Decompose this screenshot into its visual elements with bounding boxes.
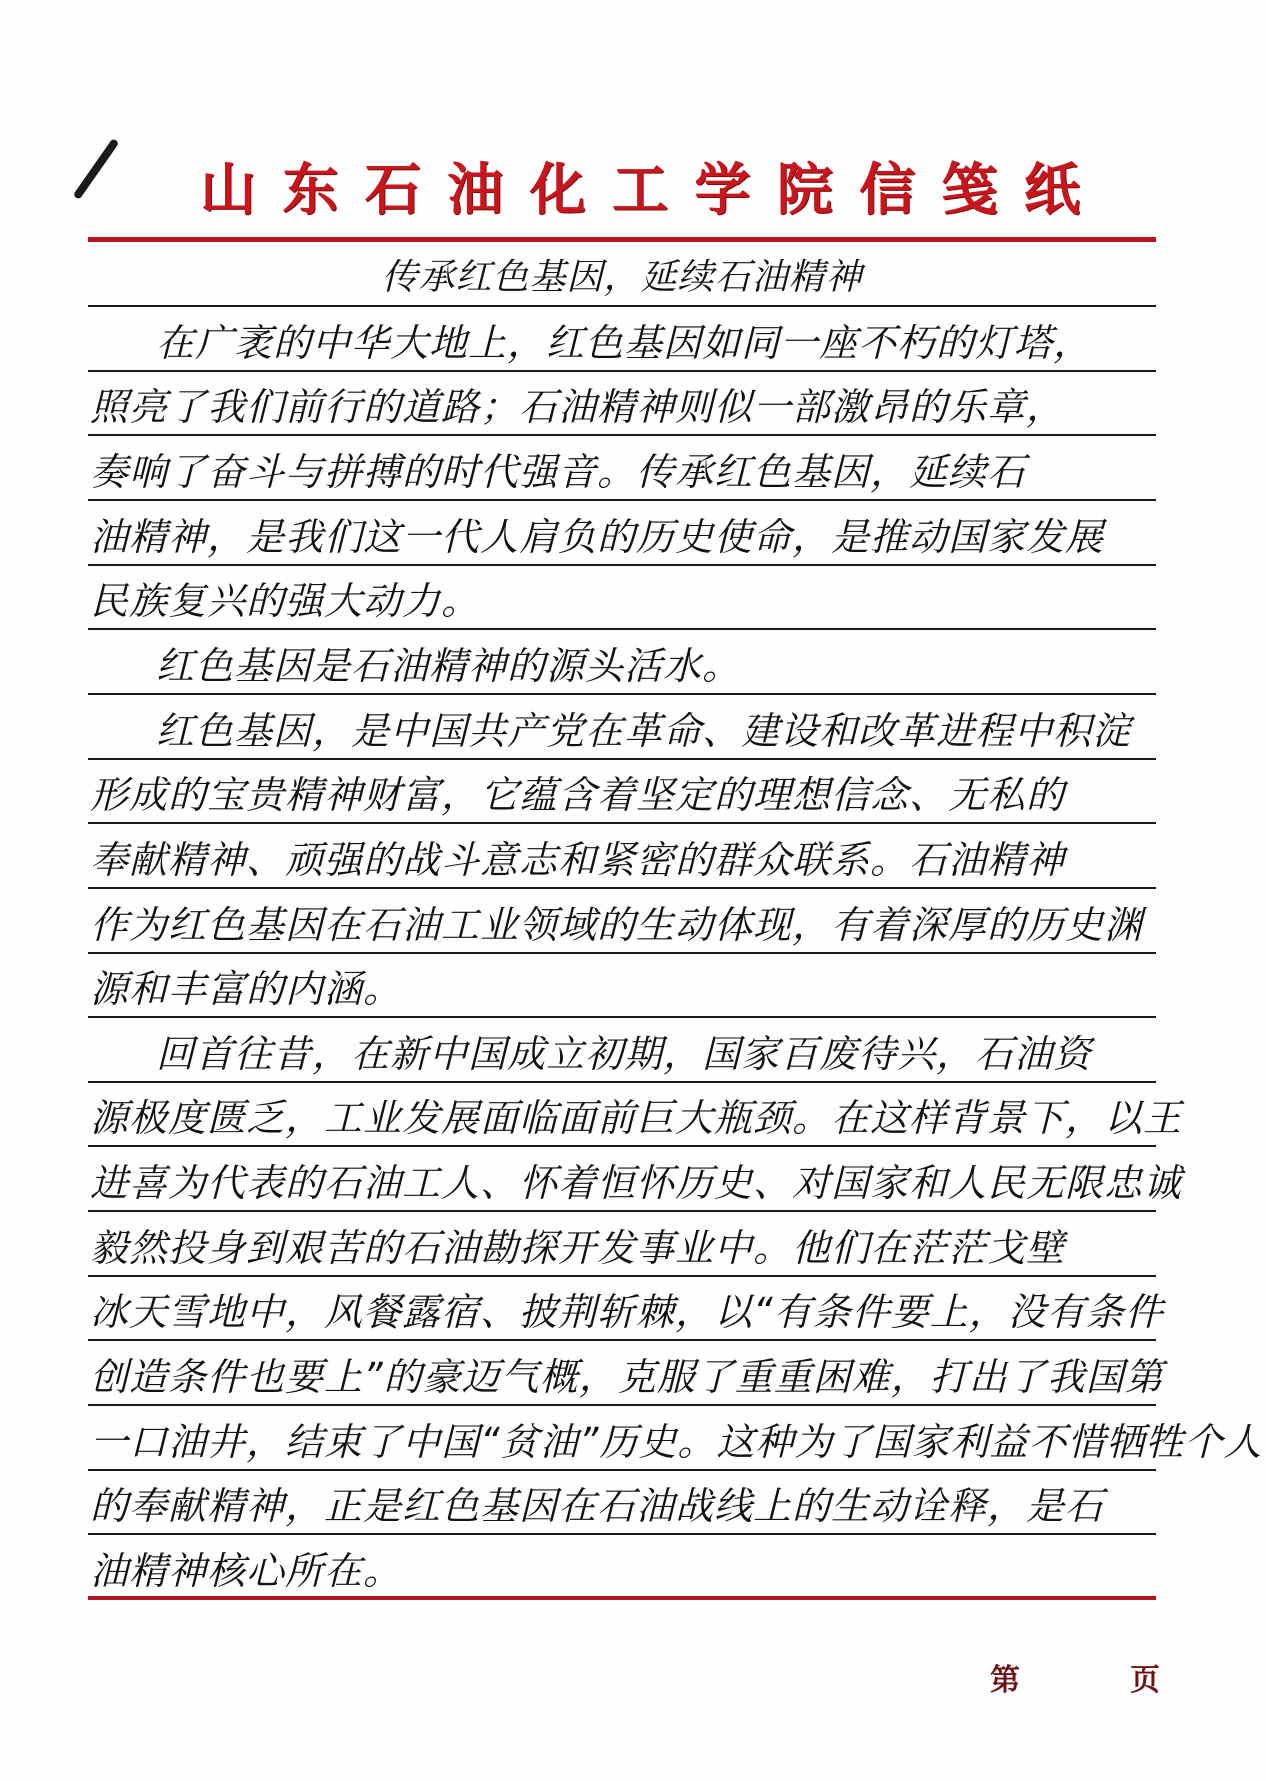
essay-line: 照亮了我们前行的道路；石油精神则似一部激昂的乐章， [90, 380, 1154, 434]
ruled-line [88, 434, 1156, 436]
ruled-line [88, 822, 1156, 824]
essay-line: 油精神，是我们这一代人肩负的历史使命，是推动国家发展 [90, 510, 1154, 564]
essay-line: 源极度匮乏，工业发展面临面前巨大瓶颈。在这样背景下，以王 [90, 1091, 1154, 1145]
essay-line: 形成的宝贵精神财富，它蕴含着坚定的理想信念、无私的 [90, 768, 1154, 822]
ruled-line [88, 564, 1156, 566]
ruled-line [88, 1145, 1156, 1147]
page-prefix: 第 [990, 1655, 1020, 1699]
essay-line: 进喜为代表的石油工人、怀着恒怀历史、对国家和人民无限忠诚 [90, 1156, 1154, 1210]
essay-line: 红色基因，是中国共产党在革命、建设和改革进程中积淀 [90, 704, 1154, 758]
ruled-line [88, 887, 1156, 889]
ruled-line [88, 499, 1156, 501]
letterhead-divider [88, 237, 1156, 242]
letterhead-char: 山 [200, 162, 256, 218]
essay-title: 传承红色基因，延续石油精神 [90, 251, 1154, 305]
essay-line: 冰天雪地中，风餐露宿、披荆斩棘，以“有条件要上，没有条件 [90, 1285, 1154, 1339]
ruled-line [88, 1469, 1156, 1471]
ruled-line [88, 628, 1156, 630]
ruled-line [88, 693, 1156, 695]
ruled-line [88, 1275, 1156, 1277]
letter-paper: 山 东 石 油 化 工 学 院 信 笺 纸 传承红色基因，延续石油精神 在广袤的… [0, 0, 1266, 1781]
essay-line: 油精神核心所在。 [90, 1544, 1154, 1598]
letterhead-char: 院 [777, 162, 833, 218]
essay-line: 奏响了奋斗与拼搏的时代强音。传承红色基因，延续石 [90, 445, 1154, 499]
letterhead-char: 笺 [942, 162, 998, 218]
essay-line: 源和丰富的内涵。 [90, 962, 1154, 1016]
ruled-line [88, 1404, 1156, 1406]
essay-line: 作为红色基因在石油工业领域的生动体现，有着深厚的历史渊 [90, 898, 1154, 952]
essay-line: 回首往昔，在新中国成立初期，国家百废待兴，石油资 [90, 1027, 1154, 1081]
letterhead-char: 纸 [1024, 162, 1080, 218]
letterhead-char: 化 [530, 162, 586, 218]
ruled-line [88, 1533, 1156, 1535]
page-suffix: 页 [1130, 1655, 1160, 1699]
letterhead-char: 东 [282, 162, 338, 218]
ruled-line [88, 1339, 1156, 1341]
letterhead-title: 山 东 石 油 化 工 学 院 信 笺 纸 [200, 150, 1080, 230]
ruled-line [88, 952, 1156, 954]
essay-line: 的奉献精神，正是红色基因在石油战线上的生动诠释，是石 [90, 1479, 1154, 1533]
essay-line: 毅然投身到艰苦的石油勘探开发事业中。他们在茫茫戈壁 [90, 1221, 1154, 1275]
letterhead-char: 石 [365, 162, 421, 218]
essay-line: 民族复兴的强大动力。 [90, 574, 1154, 628]
essay-line: 创造条件也要上”的豪迈气概，克服了重重困难，打出了我国第 [90, 1350, 1154, 1404]
letterhead-char: 信 [859, 162, 915, 218]
ruled-line [88, 370, 1156, 372]
ruled-line [88, 758, 1156, 760]
essay-line: 一口油井，结束了中国“贫油”历史。这种为了国家利益不惜牺牲个人一切 [90, 1415, 1154, 1469]
ruled-line [88, 1081, 1156, 1083]
letterhead-char: 学 [694, 162, 750, 218]
page-number-footer: 第 页 [990, 1655, 1160, 1699]
pen-stroke-mark [73, 138, 120, 200]
essay-line: 红色基因是石油精神的源头活水。 [90, 639, 1154, 693]
ruled-line [88, 305, 1156, 307]
essay-line: 奉献精神、顽强的战斗意志和紧密的群众联系。石油精神 [90, 833, 1154, 887]
letterhead-char: 工 [612, 162, 668, 218]
letterhead-char: 油 [447, 162, 503, 218]
ruled-line [88, 1210, 1156, 1212]
essay-line: 在广袤的中华大地上，红色基因如同一座不朽的灯塔， [90, 316, 1154, 370]
ruled-line [88, 1016, 1156, 1018]
